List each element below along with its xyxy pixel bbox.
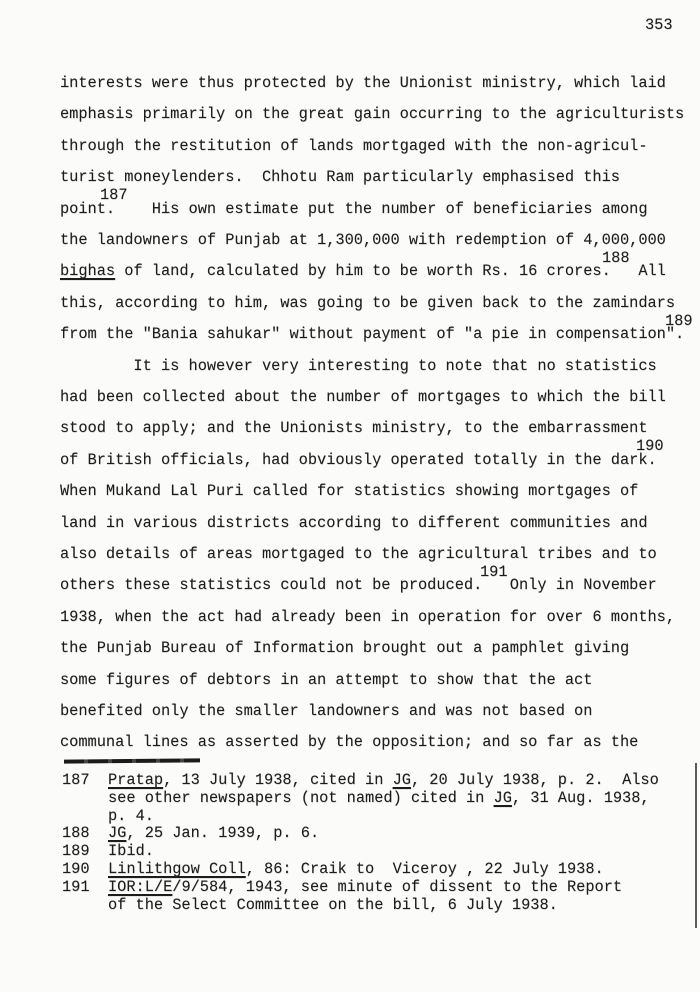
underlined-text: JG — [108, 824, 126, 842]
text-segment: others these statistics could not be pro… — [60, 576, 657, 594]
body-line: interests were thus protected by the Uni… — [60, 73, 666, 93]
text-segment: see other newspapers (not named) cited i… — [108, 789, 494, 807]
body-line: bighas of land, calculated by him to be … — [60, 261, 666, 281]
scanned-document-page: 353 interests were thus protected by the… — [0, 0, 700, 992]
body-line: of British officials, had obviously oper… — [60, 450, 657, 470]
text-segment: point. His own estimate put the number o… — [60, 200, 648, 218]
text-segment: some figures of debtors in an attempt to… — [60, 671, 592, 689]
text-segment: It is however very interesting to note t… — [60, 357, 657, 375]
text-segment: of land, calculated by him to be worth R… — [115, 262, 666, 280]
body-line: also details of areas mortgaged to the a… — [60, 544, 657, 564]
underlined-text: bighas — [60, 262, 115, 280]
footnote-text: Ibid. — [108, 843, 154, 860]
footnote-number: 190 — [62, 861, 90, 878]
text-segment: of British officials, had obviously oper… — [60, 451, 657, 469]
body-line: others these statistics could not be pro… — [60, 575, 657, 595]
footnote-text: p. 4. — [108, 808, 154, 825]
body-line: from the "Bania sahukar" without payment… — [60, 324, 684, 344]
body-line: land in various districts according to d… — [60, 513, 648, 533]
text-segment: through the restitution of lands mortgag… — [60, 137, 648, 155]
body-text: interests were thus protected by the Uni… — [0, 0, 700, 992]
body-line: emphasis primarily on the great gain occ… — [60, 104, 684, 124]
footnote-ref-191: 191 — [480, 562, 508, 582]
body-line: communal lines as asserted by the opposi… — [60, 732, 638, 752]
text-segment: this, according to him, was going to be … — [60, 294, 675, 312]
text-segment: had been collected about the number of m… — [60, 388, 666, 406]
text-segment: also details of areas mortgaged to the a… — [60, 545, 657, 563]
text-segment: When Mukand Lal Puri called for statisti… — [60, 482, 638, 500]
body-line: some figures of debtors in an attempt to… — [60, 670, 592, 690]
body-line: When Mukand Lal Puri called for statisti… — [60, 481, 638, 501]
body-line: the landowners of Punjab at 1,300,000 wi… — [60, 230, 666, 250]
text-segment: , 13 July 1938, cited in — [163, 771, 393, 789]
footnote-text: of the Select Committee on the bill, 6 J… — [108, 897, 558, 914]
text-segment: 1938, when the act had already been in o… — [60, 608, 675, 626]
text-segment: , 86: Craik to Viceroy , 22 July 1938. — [246, 860, 604, 878]
text-segment: communal lines as asserted by the opposi… — [60, 733, 638, 751]
text-segment: Ibid. — [108, 842, 154, 860]
footnote-text: Linlithgow Coll, 86: Craik to Viceroy , … — [108, 861, 604, 878]
footnote-ref-187: 187 — [100, 185, 128, 205]
body-line: the Punjab Bureau of Information brought… — [60, 638, 629, 658]
footnote-ref-189: 189 — [665, 311, 693, 331]
text-segment: the landowners of Punjab at 1,300,000 wi… — [60, 231, 666, 249]
body-line: turist moneylenders. Chhotu Ram particul… — [60, 167, 620, 187]
text-segment: from the "Bania sahukar" without payment… — [60, 325, 684, 343]
footnote-ref-188: 188 — [602, 248, 630, 268]
footnote-number: 191 — [62, 879, 90, 896]
body-line: point. His own estimate put the number o… — [60, 199, 648, 219]
body-line: through the restitution of lands mortgag… — [60, 136, 648, 156]
footnote-text: JG, 25 Jan. 1939, p. 6. — [108, 825, 319, 842]
underlined-text: Pratap — [108, 771, 163, 789]
footnote-text: see other newspapers (not named) cited i… — [108, 790, 650, 807]
text-segment: of the Select Committee on the bill, 6 J… — [108, 896, 558, 914]
underlined-text: IOR:L/E — [108, 878, 172, 896]
body-line: It is however very interesting to note t… — [60, 356, 657, 376]
body-line: this, according to him, was going to be … — [60, 293, 675, 313]
text-segment: emphasis primarily on the great gain occ… — [60, 105, 684, 123]
text-segment: , 20 July 1938, p. 2. Also — [411, 771, 659, 789]
scan-artifact-line — [695, 763, 697, 928]
footnote-ref-190: 190 — [636, 436, 664, 456]
footnote-number: 187 — [62, 772, 90, 789]
text-segment: stood to apply; and the Unionists minist… — [60, 419, 648, 437]
text-segment: the Punjab Bureau of Information brought… — [60, 639, 629, 657]
text-segment: turist moneylenders. Chhotu Ram particul… — [60, 168, 620, 186]
underlined-text: JG — [393, 771, 411, 789]
underlined-text: JG — [494, 789, 512, 807]
body-line: 1938, when the act had already been in o… — [60, 607, 675, 627]
body-line: had been collected about the number of m… — [60, 387, 666, 407]
underlined-text: Linlithgow Coll — [108, 860, 246, 878]
footnote-text: Pratap, 13 July 1938, cited in JG, 20 Ju… — [108, 772, 659, 789]
text-segment: land in various districts according to d… — [60, 514, 648, 532]
text-segment: p. 4. — [108, 807, 154, 825]
footnote-text: IOR:L/E/9/584, 1943, see minute of disse… — [108, 879, 622, 896]
text-segment: benefited only the smaller landowners an… — [60, 702, 592, 720]
text-segment: , 25 Jan. 1939, p. 6. — [126, 824, 319, 842]
footnote-number: 188 — [62, 825, 90, 842]
text-segment: , 31 Aug. 1938, — [512, 789, 650, 807]
text-segment: interests were thus protected by the Uni… — [60, 74, 666, 92]
body-line: benefited only the smaller landowners an… — [60, 701, 592, 721]
text-segment: /9/584, 1943, see minute of dissent to t… — [172, 878, 622, 896]
body-line: stood to apply; and the Unionists minist… — [60, 418, 648, 438]
footnote-number: 189 — [62, 843, 90, 860]
